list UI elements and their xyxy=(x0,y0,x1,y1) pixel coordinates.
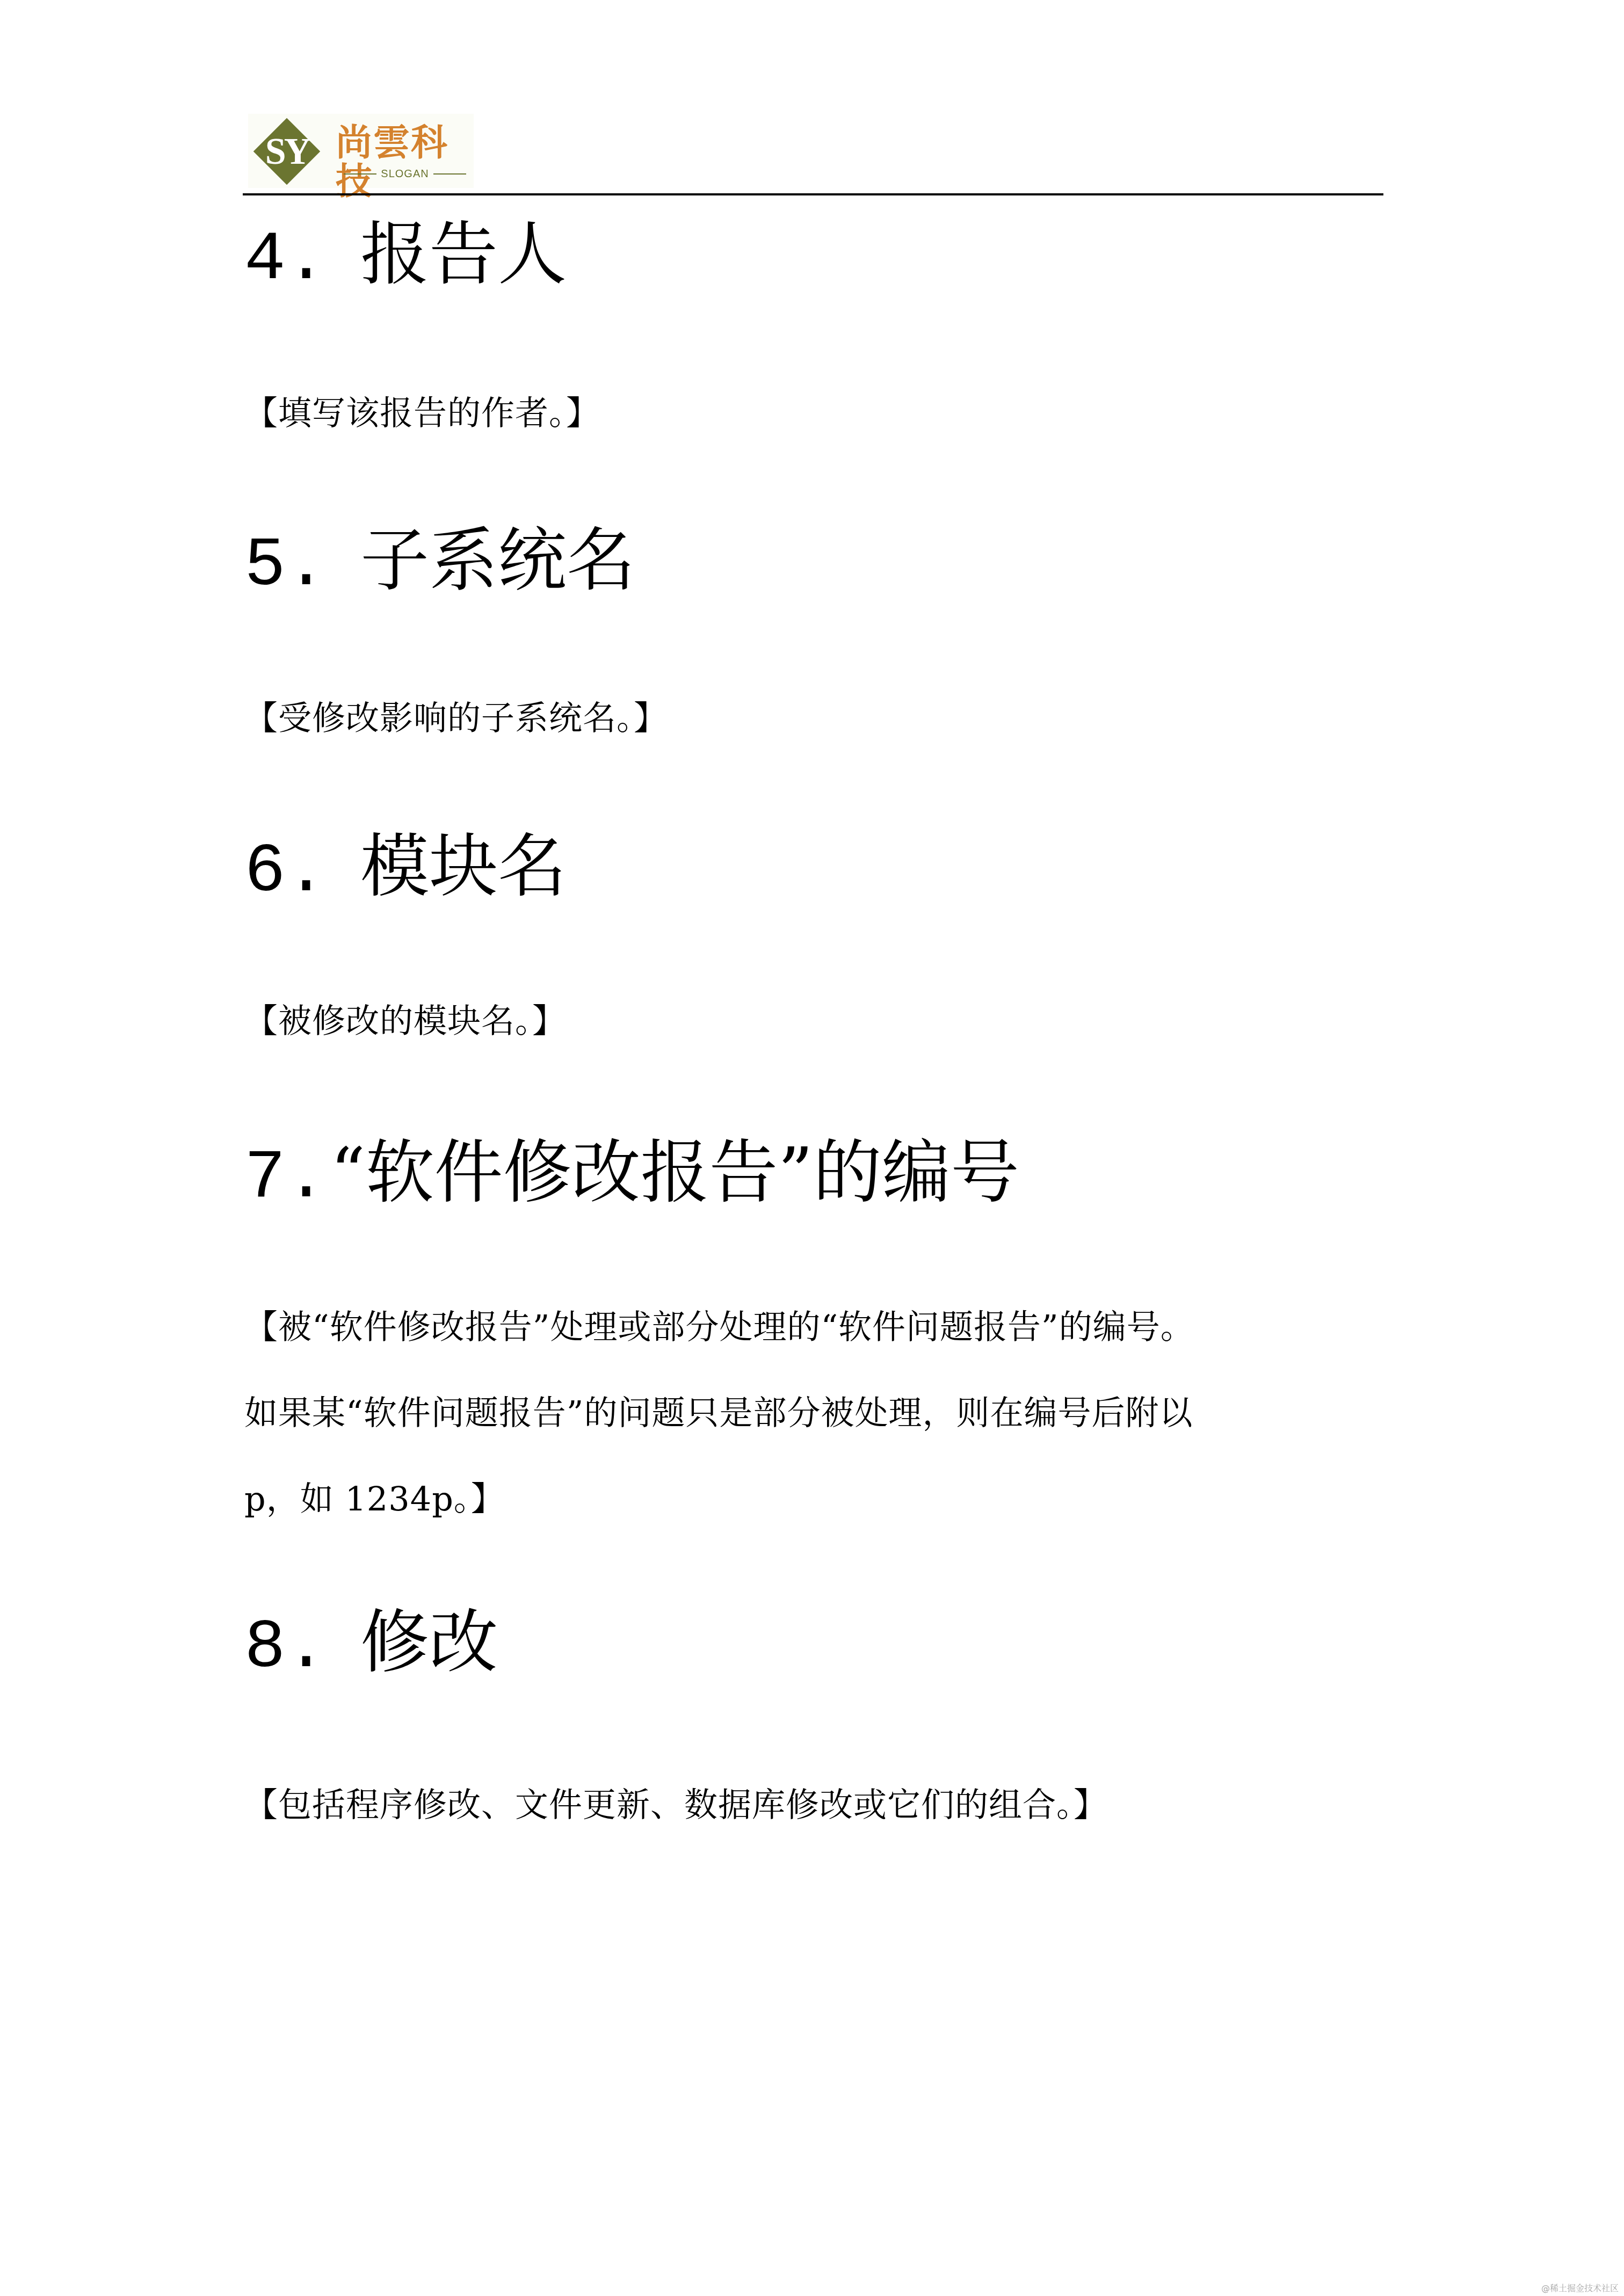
section-heading-4: 4.报告人 xyxy=(244,215,567,301)
section-heading-6: 6.模块名 xyxy=(244,827,567,913)
header-rule xyxy=(243,193,1383,195)
divider xyxy=(433,173,466,175)
section-number: 8. xyxy=(244,1608,360,1689)
section-number: 7. xyxy=(244,1138,330,1219)
section-body-4: 【填写该报告的作者。】 xyxy=(244,370,600,456)
slogan-row: SLOGAN xyxy=(344,168,466,180)
logo-mark: SY xyxy=(253,118,321,185)
section-heading-7: 7.“软件修改报告”的编号 xyxy=(244,1133,1019,1219)
section-title: “软件修改报告”的编号 xyxy=(330,1133,1019,1213)
section-body-7-line-2: 如果某“软件问题报告”的问题只是部分被处理，则在编号后附以 xyxy=(244,1370,1193,1456)
section-number: 6. xyxy=(244,832,360,913)
section-title: 报告人 xyxy=(360,215,567,295)
section-title: 模块名 xyxy=(360,827,567,907)
section-title: 修改 xyxy=(360,1603,498,1683)
section-body-7-line-3: p，如 1234p。】 xyxy=(244,1456,505,1542)
logo-initials: SY xyxy=(253,133,321,171)
section-title: 子系统名 xyxy=(360,521,635,601)
brand-name: 尚雲科技 xyxy=(336,123,474,201)
section-number: 4. xyxy=(244,220,360,301)
company-logo: SY 尚雲科技 SLOGAN xyxy=(248,114,474,188)
watermark: @稀土掘金技术社区 xyxy=(1541,2282,1619,2294)
section-body-6: 【被修改的模块名。】 xyxy=(244,978,566,1064)
section-heading-8: 8.修改 xyxy=(244,1603,498,1689)
section-body-7-line-1: 【被“软件修改报告”处理或部分处理的“软件问题报告”的编号。 xyxy=(244,1284,1194,1370)
divider xyxy=(344,173,376,175)
section-body-8: 【包括程序修改、文件更新、数据库修改或它们的组合。】 xyxy=(244,1762,1107,1848)
section-heading-5: 5.子系统名 xyxy=(244,521,635,607)
slogan: SLOGAN xyxy=(381,168,429,180)
section-body-5: 【受修改影响的子系统名。】 xyxy=(244,675,668,761)
section-number: 5. xyxy=(244,526,360,607)
